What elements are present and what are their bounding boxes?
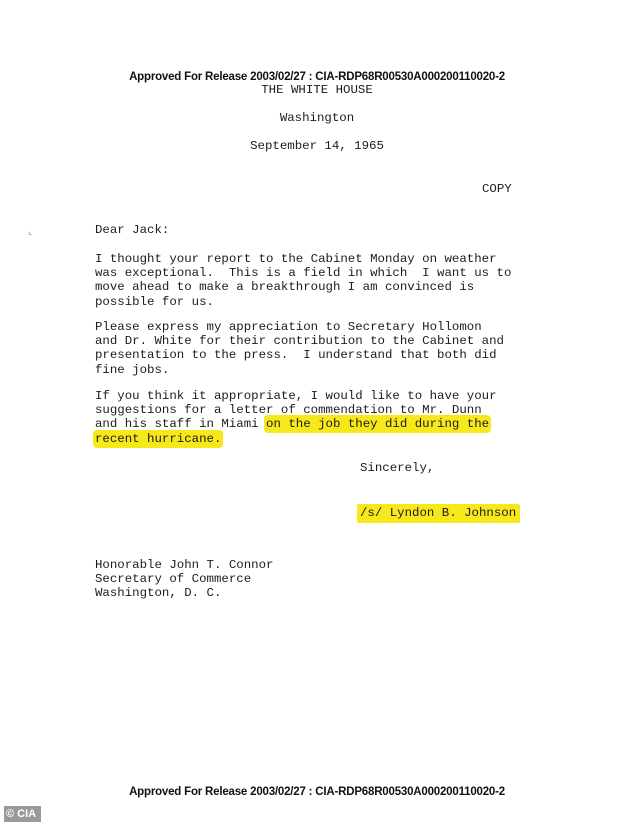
salutation: Dear Jack: (95, 223, 169, 237)
addressee-block: Honorable John T. ConnorSecretary of Com… (95, 558, 273, 601)
paragraph-3: If you think it appropriate, I would lik… (95, 389, 497, 446)
release-stamp-top: Approved For Release 2003/02/27 : CIA-RD… (0, 71, 634, 83)
letterhead-city: Washington (0, 111, 634, 125)
highlighted-text: recent hurricane. (95, 432, 221, 446)
highlighted-text: on the job they did during the (266, 417, 489, 431)
closing: Sincerely, (360, 461, 434, 475)
letterhead-title: THE WHITE HOUSE (0, 83, 634, 97)
release-stamp-bottom: Approved For Release 2003/02/27 : CIA-RD… (0, 786, 634, 798)
photo-credit: © CIA (4, 806, 41, 822)
signature-highlighted: /s/ Lyndon B. Johnson (357, 504, 520, 523)
paragraph-2: Please express my appreciation to Secret… (95, 320, 504, 377)
scan-artifact-mark: ⌞ (28, 228, 38, 236)
letter-date: September 14, 1965 (0, 139, 634, 153)
paragraph-1: I thought your report to the Cabinet Mon… (95, 252, 511, 309)
addressee-city: Washington, D. C. (95, 586, 273, 600)
copy-mark: COPY (482, 182, 512, 196)
addressee-name: Honorable John T. Connor (95, 558, 273, 572)
addressee-title: Secretary of Commerce (95, 572, 273, 586)
